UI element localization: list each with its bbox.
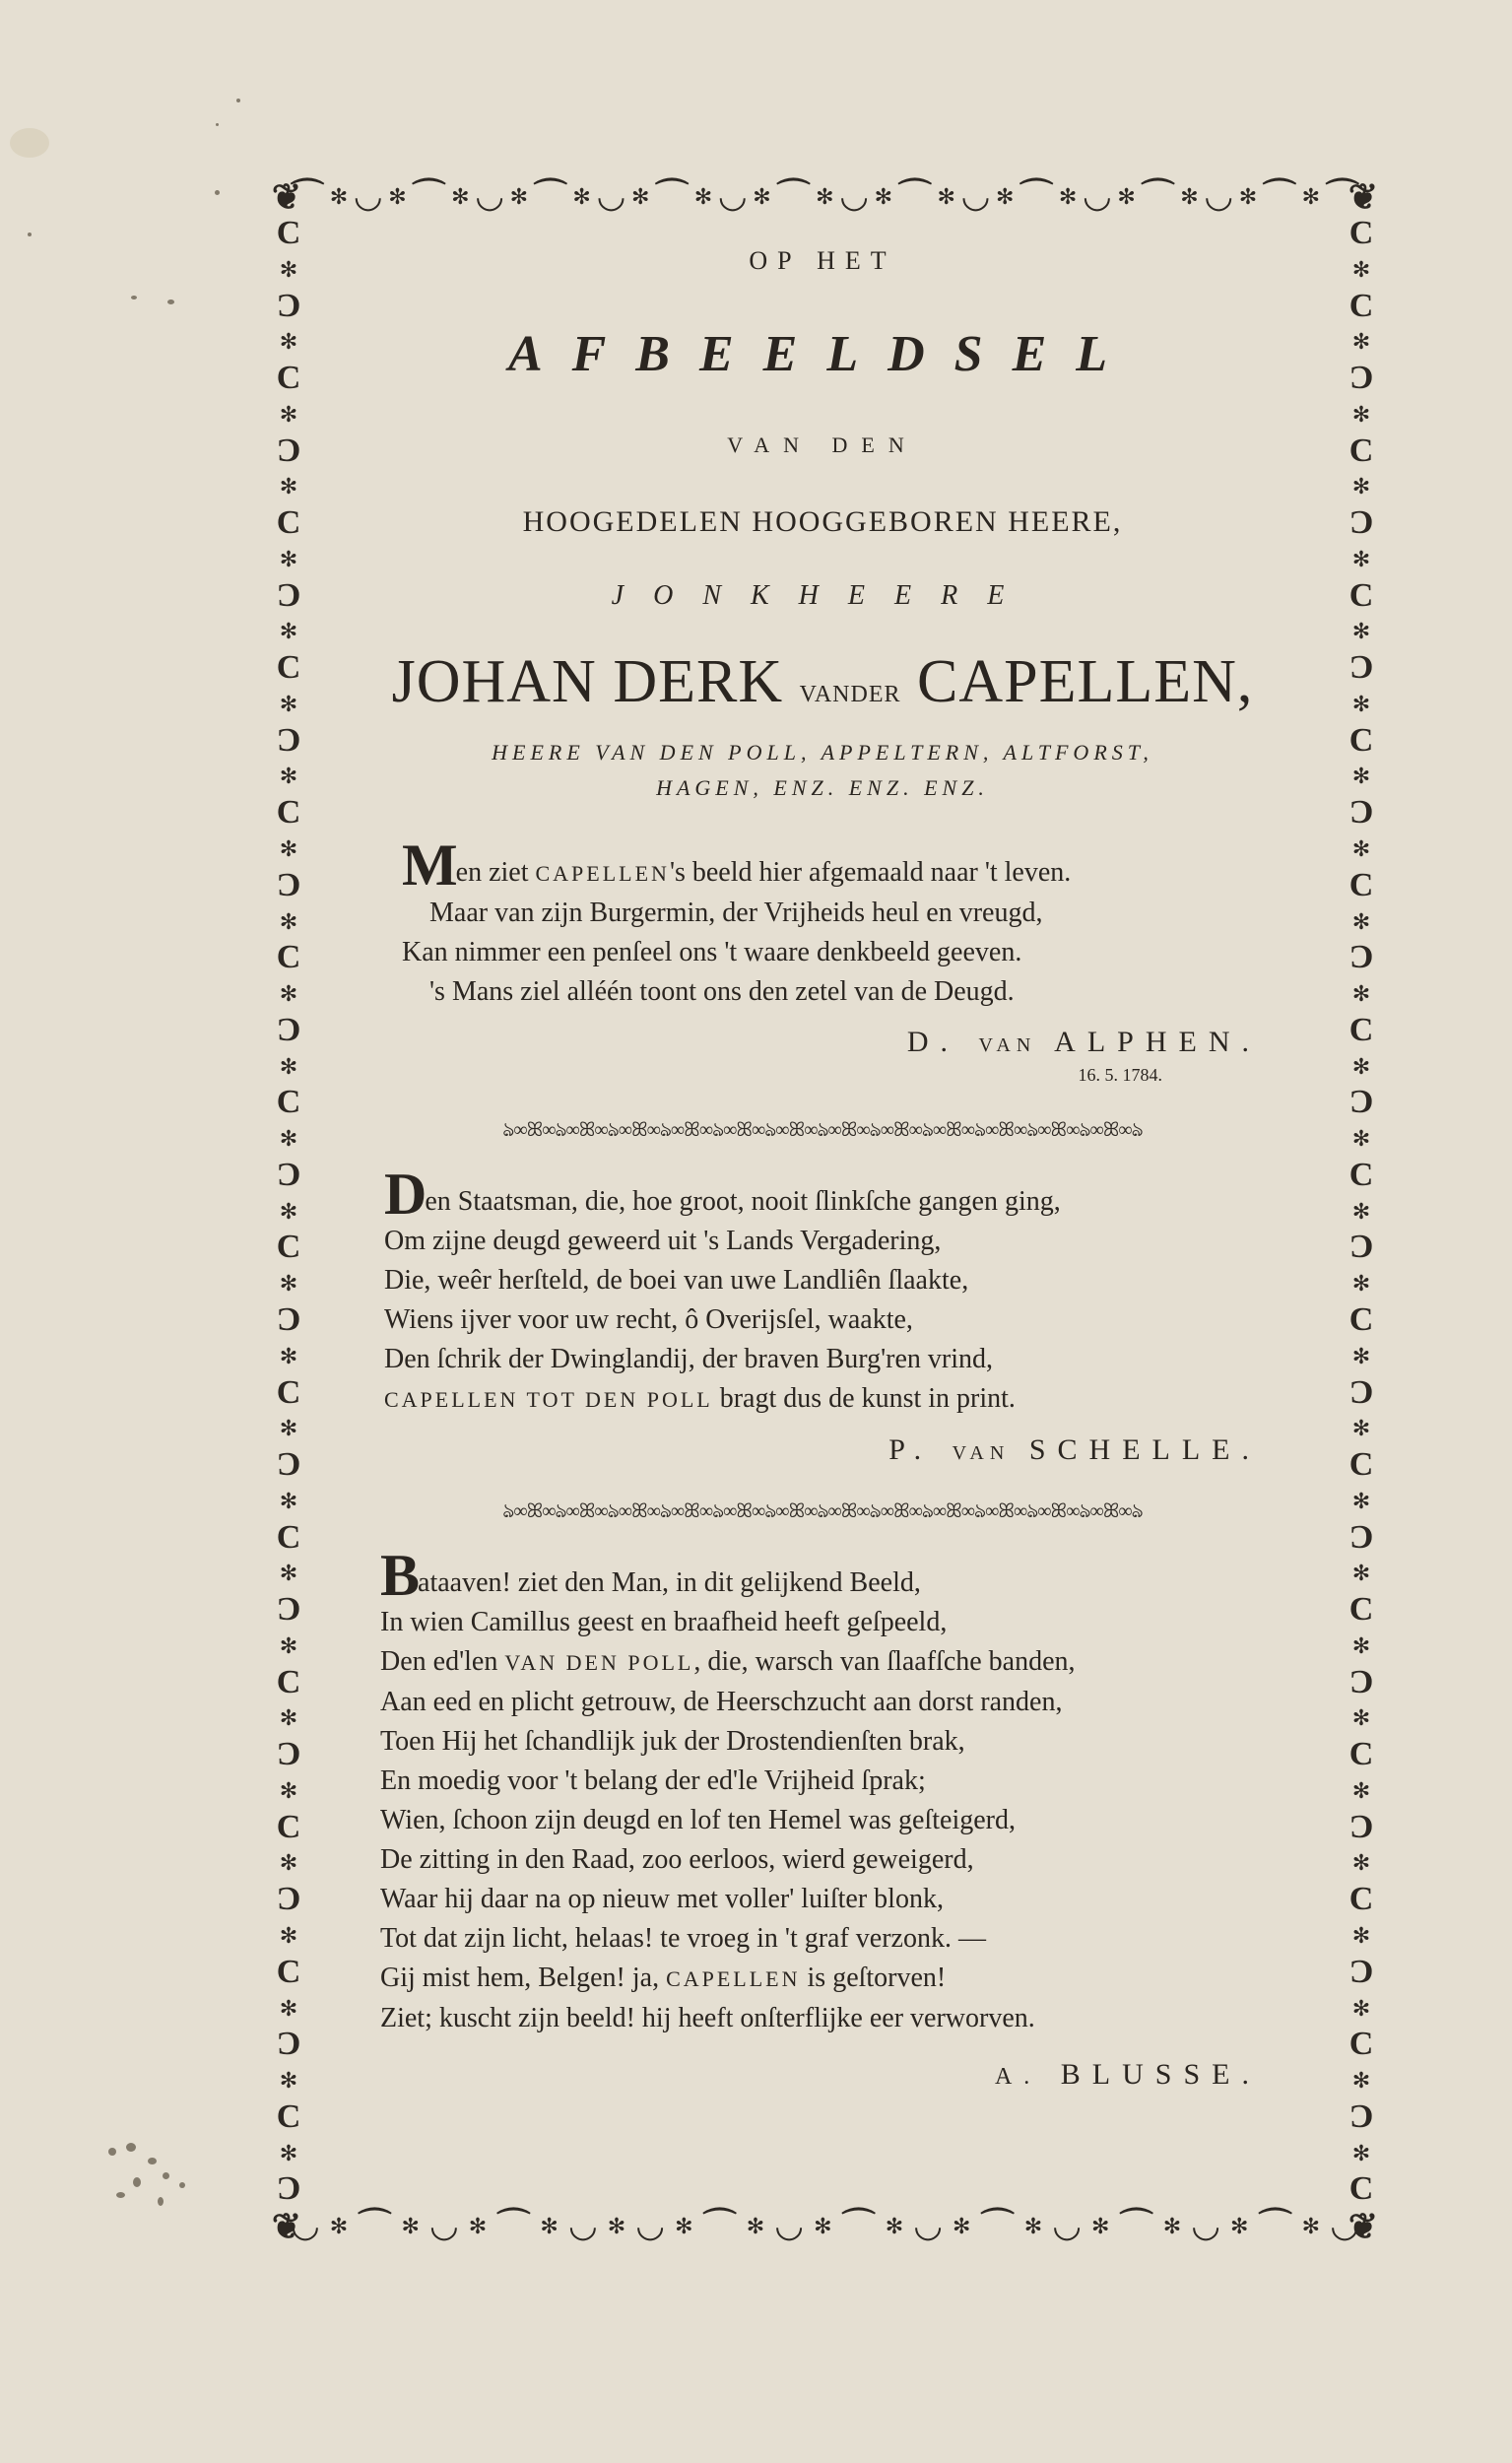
poem-line: Kan nimmer een penſeel ons 't waare denk… — [402, 933, 1320, 972]
poem-line: Waar hij daar na op nieuw met voller' lu… — [380, 1880, 1320, 1919]
poem-line: Ziet; kuscht zijn beeld! hij heeft onſte… — [380, 1999, 1320, 2038]
heading-honour: HOOGEDELEN HOOGGEBOREN HEERE, — [325, 505, 1320, 539]
poem-line: En moedig voor 't belang der ed'le Vrijh… — [380, 1762, 1320, 1801]
poem-line: In wien Camillus geest en braafheid heef… — [380, 1603, 1320, 1642]
ornamental-divider: ঌ∞ꕤ∞ঌ∞ꕤ∞ঌ∞ꕤ∞ঌ∞ꕤ∞ঌ∞ꕤ∞ঌ∞ꕤ∞ঌ∞ꕤ∞ঌ∞ꕤ∞ঌ∞ꕤ∞ঌ∞ꕤ∞… — [384, 1497, 1261, 1520]
paper-speck — [215, 190, 220, 195]
poem-line: CAPELLEN TOT DEN POLL bragt dus de kunst… — [384, 1379, 1320, 1420]
poem-line: Bataaven! ziet den Man, in dit gelijkend… — [380, 1556, 1320, 1603]
border-left: C✻Ɔ✻ C✻Ɔ✻ C✻Ɔ✻ C✻Ɔ✻ C✻Ɔ✻ C✻Ɔ✻ C✻Ɔ✻ C✻Ɔ✻ … — [271, 217, 306, 2207]
drop-cap: M — [402, 832, 456, 898]
paper-speck — [236, 99, 240, 102]
poem-line: Den ſchrik der Dwinglandij, der braven B… — [384, 1340, 1320, 1379]
ink-blot — [148, 2158, 157, 2164]
poem-line: Maar van zijn Burgermin, der Vrijheids h… — [402, 894, 1320, 933]
drop-cap: D — [384, 1162, 425, 1227]
poem-line: Die, weêr herſteld, de boei van uwe Land… — [384, 1261, 1320, 1300]
paper-speck — [28, 233, 32, 236]
ink-blot — [133, 2177, 141, 2187]
heading-op-het: OP HET — [325, 246, 1320, 276]
titles-line-2: HAGEN, ENZ. ENZ. ENZ. — [325, 770, 1320, 806]
heading-van-den: VAN DEN — [325, 433, 1320, 458]
ink-blot — [116, 2192, 125, 2198]
drop-cap: B — [380, 1543, 418, 1608]
poem-line: Den ed'len VAN DEN POLL, die, warsch van… — [380, 1642, 1320, 1683]
poem-line: De zitting in den Raad, zoo eerloos, wie… — [380, 1840, 1320, 1880]
poem-line: Wiens ijver voor uw recht, ô Overijsſel,… — [384, 1300, 1320, 1340]
signature-van-schelle: P. VAN SCHELLE. — [325, 1433, 1320, 1467]
paper-stain — [10, 128, 49, 158]
heading-jonkheere: JONKHEERE — [325, 580, 1320, 612]
poem-blusse: Bataaven! ziet den Man, in dit gelijkend… — [380, 1556, 1320, 2038]
ink-blot — [158, 2197, 164, 2206]
poem-van-schelle: Den Staatsman, die, hoe groot, nooit ſli… — [384, 1174, 1320, 1420]
paper-speck — [167, 300, 174, 304]
border-bottom: ◡✻⌒✻ ◡✻⌒✻ ◡✻◡✻ ⌒✻◡✻ ⌒✻◡✻ ⌒✻◡✻ ⌒✻◡✻ ⌒✻◡ — [291, 2207, 1359, 2246]
paper-speck — [131, 296, 137, 300]
poem-line: Gij mist hem, Belgen! ja, CAPELLEN is ge… — [380, 1959, 1320, 1999]
poem-date: 16. 5. 1784. — [325, 1065, 1320, 1086]
ink-blot — [163, 2172, 169, 2179]
heading-afbeeldsel: AFBEELDSEL — [325, 325, 1320, 383]
border-right: C✻C✻ Ɔ✻C✻ Ɔ✻C✻ Ɔ✻C✻ Ɔ✻C✻ Ɔ✻C✻ Ɔ✻C✻ Ɔ✻C✻ … — [1344, 217, 1379, 2207]
ornamental-divider: ঌ∞ꕤ∞ঌ∞ꕤ∞ঌ∞ꕤ∞ঌ∞ꕤ∞ঌ∞ꕤ∞ঌ∞ꕤ∞ঌ∞ꕤ∞ঌ∞ꕤ∞ঌ∞ꕤ∞ঌ∞ꕤ∞… — [384, 1115, 1261, 1139]
subject-titles: HEERE VAN DEN POLL, APPELTERN, ALTFORST,… — [325, 735, 1320, 806]
poem-line: Men ziet CAPELLEN's beeld hier afgemaald… — [402, 845, 1320, 894]
poem-line: Om zijne deugd geweerd uit 's Lands Verg… — [384, 1222, 1320, 1261]
ink-blot — [126, 2143, 136, 2152]
signature-blusse: A. BLUSSE. — [325, 2058, 1320, 2092]
name-last: CAPELLEN, — [917, 648, 1253, 715]
broadsheet-content: OP HET AFBEELDSEL VAN DEN HOOGEDELEN HOO… — [325, 227, 1320, 2092]
poem-line: Aan eed en plicht getrouw, de Heerschzuc… — [380, 1683, 1320, 1722]
poem-line: 's Mans ziel alléén toont ons den zetel … — [402, 972, 1320, 1012]
subject-name: JOHAN DERK VANDER CAPELLEN, — [325, 647, 1320, 717]
poem-van-alphen: Men ziet CAPELLEN's beeld hier afgemaald… — [402, 845, 1320, 1012]
titles-line-1: HEERE VAN DEN POLL, APPELTERN, ALTFORST, — [325, 735, 1320, 770]
poem-line: Toen Hij het ſchandlijk juk der Drostend… — [380, 1722, 1320, 1762]
poem-line: Tot dat zijn licht, helaas! te vroeg in … — [380, 1919, 1320, 1959]
name-first: JOHAN DERK — [392, 648, 784, 715]
border-top: ⌒✻◡✻ ⌒✻◡✻ ⌒✻◡✻ ⌒✻◡✻ ⌒✻◡✻ ⌒✻◡✻ ⌒✻◡✻ ⌒✻◡✻ … — [291, 177, 1359, 217]
poem-line: Den Staatsman, die, hoe groot, nooit ſli… — [384, 1174, 1320, 1222]
poem-line: Wien, ſchoon zijn deugd en lof ten Hemel… — [380, 1801, 1320, 1840]
ink-blot — [108, 2148, 116, 2156]
name-particle: VANDER — [800, 682, 901, 707]
signature-van-alphen: D. VAN ALPHEN. — [325, 1026, 1320, 1059]
paper-speck — [216, 123, 219, 126]
ink-blot — [179, 2182, 185, 2188]
